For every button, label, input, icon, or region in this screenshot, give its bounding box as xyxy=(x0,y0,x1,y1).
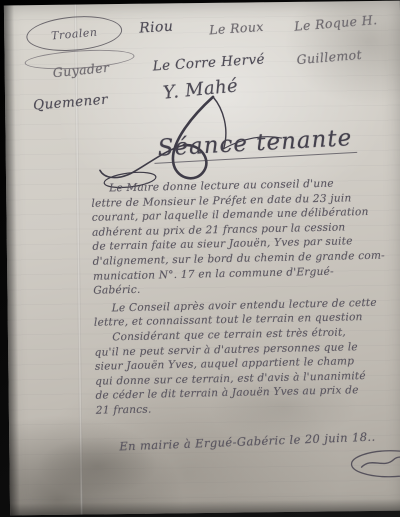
stamp-flourish xyxy=(347,446,400,481)
manuscript-page: Troalen Riou Le Roux Le Roque H. Guyader… xyxy=(4,1,400,516)
photo-background: Troalen Riou Le Roux Le Roque H. Guyader… xyxy=(0,0,400,517)
signature-riou: Riou xyxy=(139,18,174,36)
body-text: Le Maire donne lecture au conseil d'une … xyxy=(91,175,400,418)
oval-signature-flourish: Troalen xyxy=(25,13,123,55)
fold-crease xyxy=(74,5,83,515)
signature-le-roux: Le Roux xyxy=(209,19,264,37)
signature-le-roque: Le Roque H. xyxy=(294,12,378,34)
closing-line: En mairie à Ergué-Gabéric le 20 juin 18.… xyxy=(119,430,376,454)
signature-troalen: Troalen xyxy=(51,25,98,42)
signature-le-corre-herve: Le Corre Hervé xyxy=(152,51,265,74)
page-edge-shadow xyxy=(10,499,400,516)
signature-guillemot: Guillemot xyxy=(296,47,362,67)
page-edge-shadow xyxy=(4,5,20,515)
